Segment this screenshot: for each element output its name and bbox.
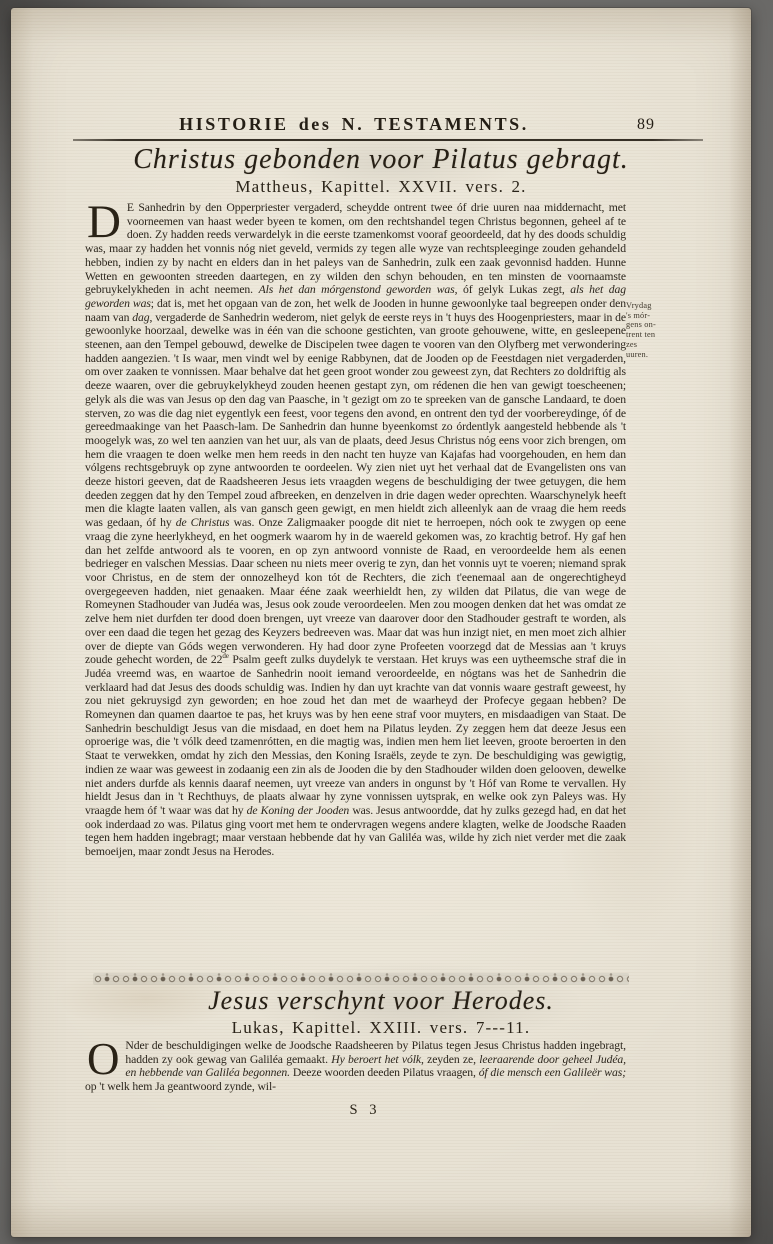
paragraph-pilatus: DE Sanhedrin by den Opperpriester vergad…	[85, 201, 626, 977]
section-title-herodes: Jesus verschynt voor Herodes.	[81, 986, 681, 1016]
section-title-pilatus-text: Christus gebonden voor Pilatus gebragt.	[133, 144, 629, 175]
signature-mark: S 3	[85, 1102, 645, 1119]
ornament-divider	[93, 973, 629, 985]
drop-cap-d: D	[85, 201, 127, 241]
section-title-herodes-text: Jesus verschynt voor Herodes.	[208, 986, 554, 1015]
photo-backdrop: HISTORIE des N. TESTAMENTS. 89 Christus …	[0, 0, 773, 1244]
header-rule	[73, 139, 703, 141]
paragraph-pilatus-text: E Sanhedrin by den Opperpriester vergade…	[85, 201, 626, 858]
margin-note-time: Vrydag's mór-gens on-trent tenzesuuren.	[626, 301, 684, 359]
book-page: HISTORIE des N. TESTAMENTS. 89 Christus …	[11, 8, 751, 1237]
paragraph-herodes: ONder de beschuldigingen welke de Joodsc…	[85, 1039, 626, 1097]
running-header-title: HISTORIE des N. TESTAMENTS.	[75, 114, 633, 135]
page-number: 89	[637, 116, 655, 134]
scripture-reference-lukas: Lukas, Kapittel. XXIII. vers. 7---11.	[81, 1018, 681, 1038]
section-title-pilatus: Christus gebonden voor Pilatus gebragt.	[81, 144, 681, 176]
running-header: HISTORIE des N. TESTAMENTS. 89	[75, 114, 703, 140]
scripture-reference-mattheus: Mattheus, Kapittel. XXVII. vers. 2.	[81, 177, 681, 197]
drop-cap-o: O	[85, 1039, 125, 1077]
paragraph-herodes-text: Nder de beschuldigingen welke de Joodsch…	[85, 1039, 626, 1093]
